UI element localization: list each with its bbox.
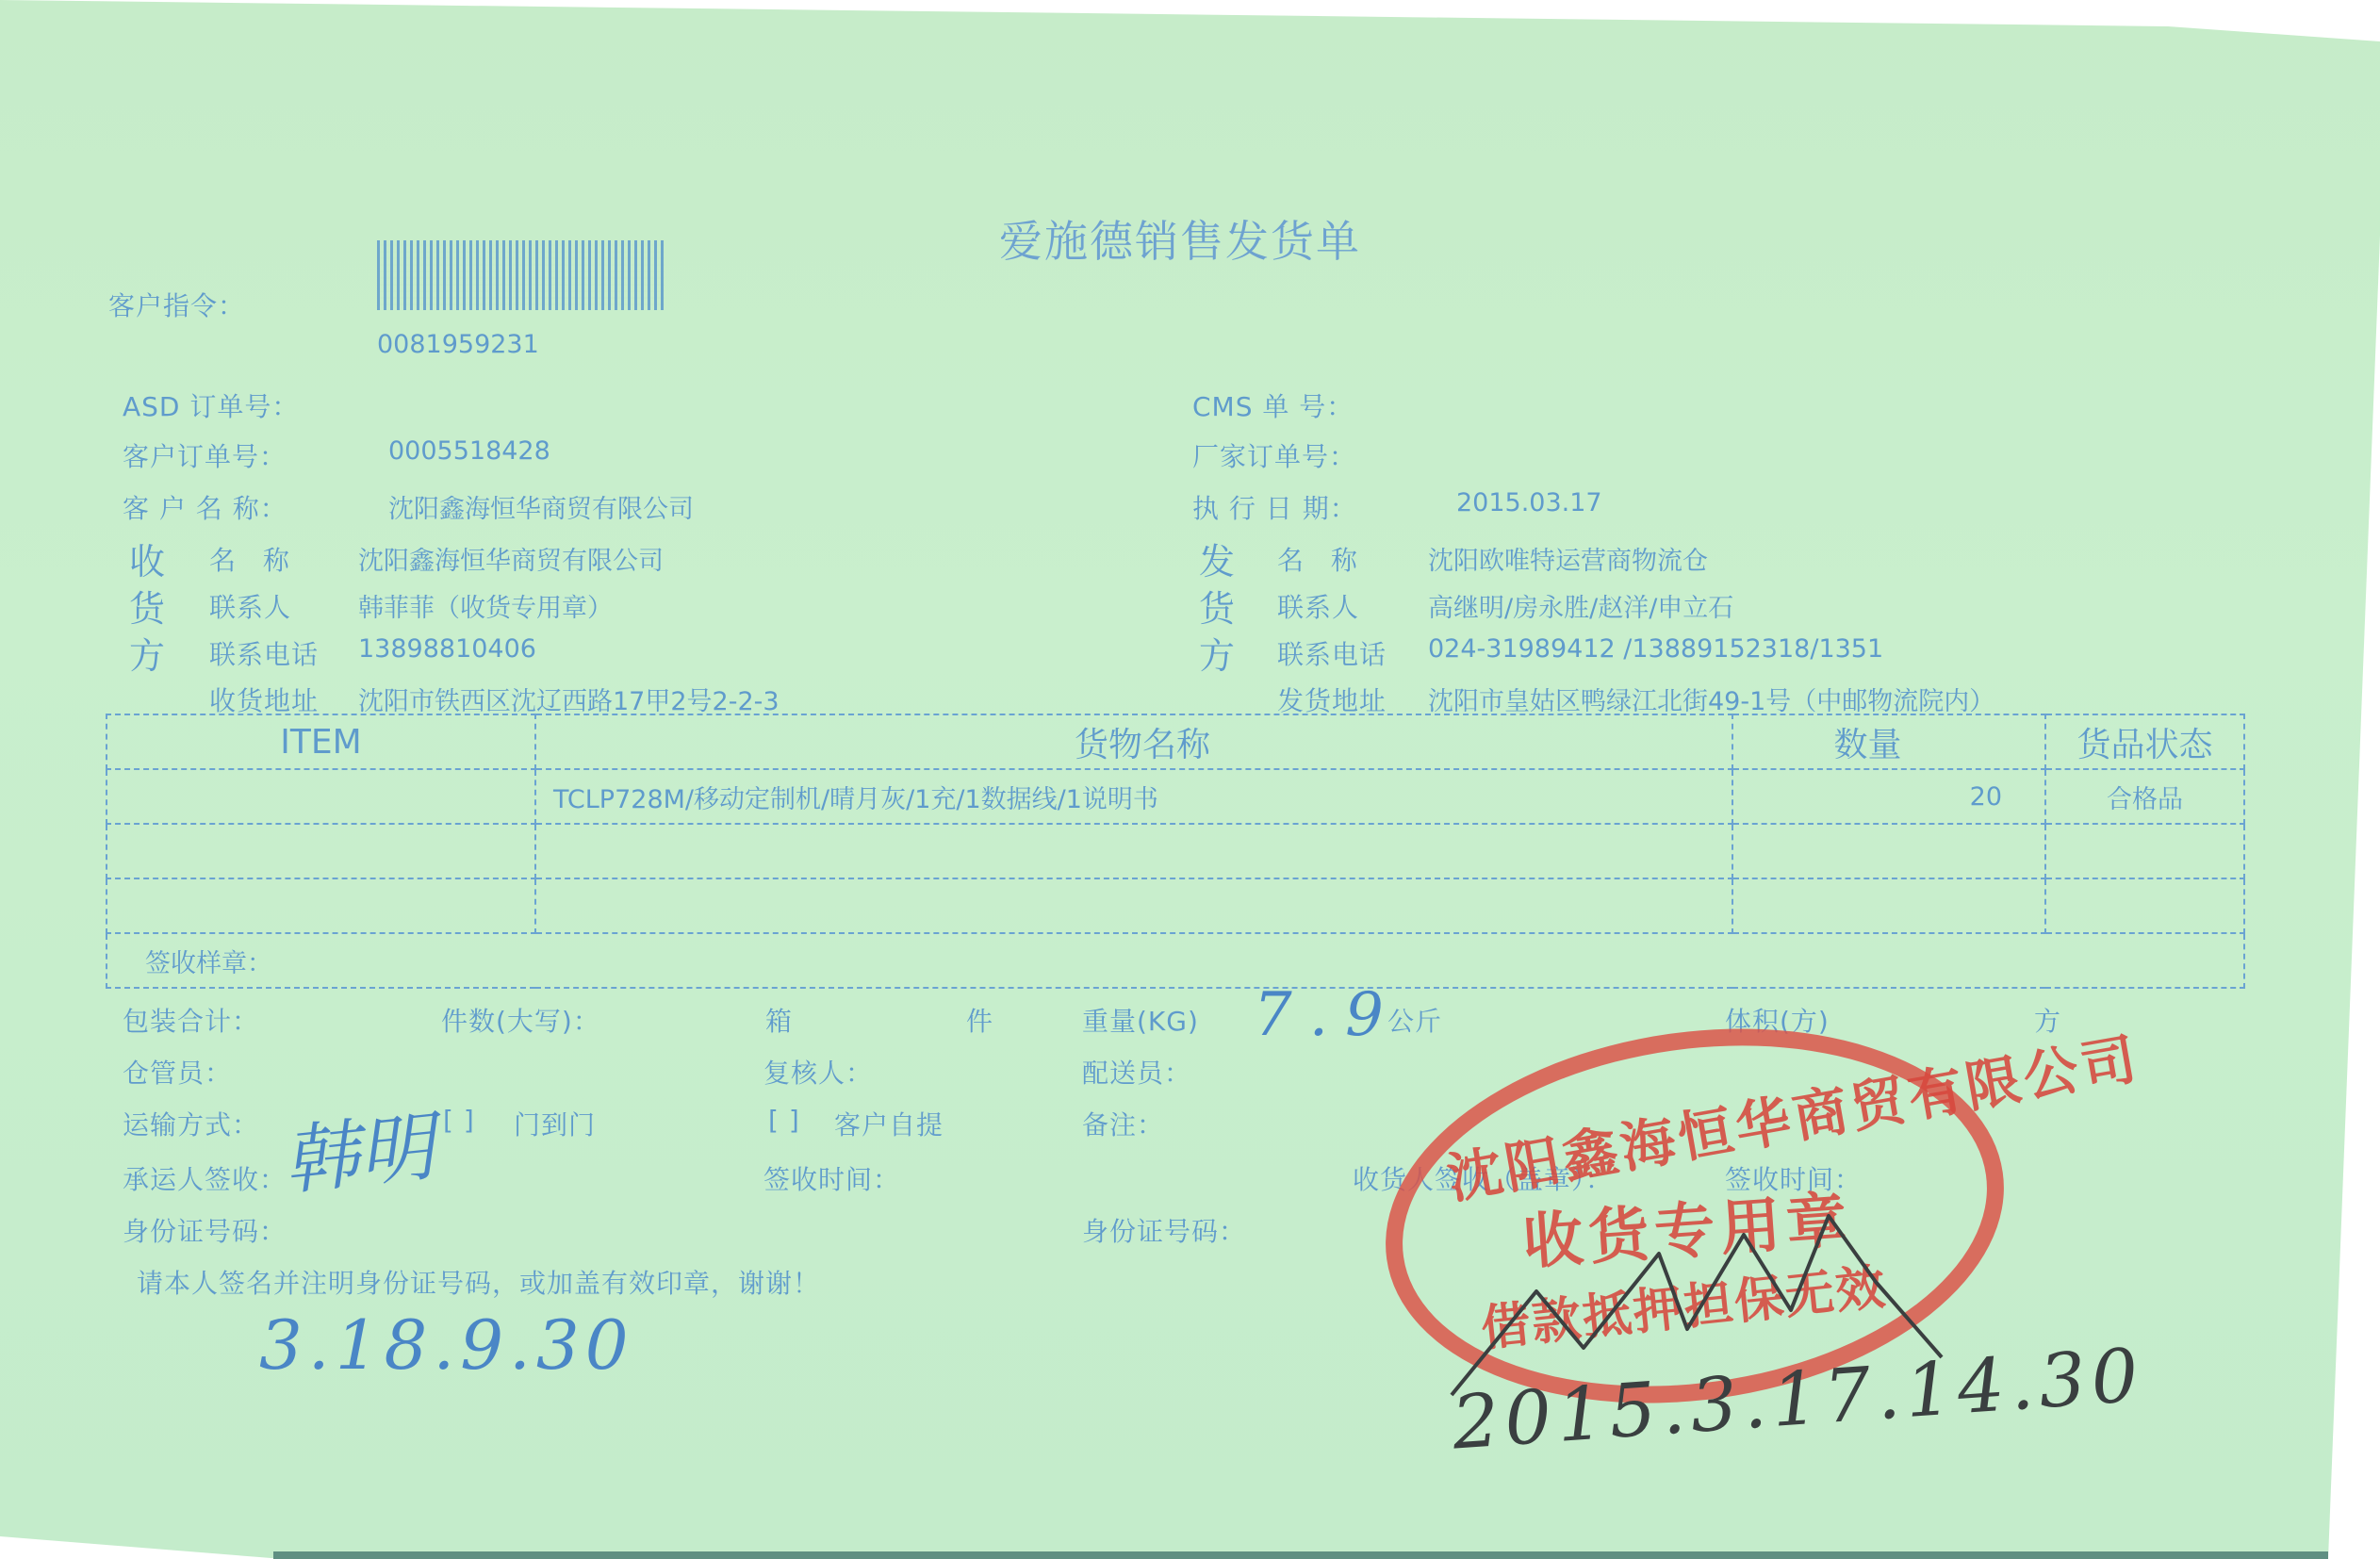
carrier-id-number-label: 身份证号码： — [123, 1211, 287, 1249]
execution-date-label: 执 行 日 期： — [1192, 488, 1357, 526]
shipper-contact-label: 联系人 — [1277, 587, 1359, 625]
execution-date-value: 2015.03.17 — [1456, 488, 1602, 517]
receiver-phone-value: 13898810406 — [358, 634, 536, 664]
self-pickup-checkbox[interactable]: [ ] — [768, 1105, 800, 1136]
receiver-address-value: 沈阳市铁西区沈辽西路17甲2号2-2-3 — [358, 681, 780, 717]
cell-item — [107, 824, 535, 878]
shipper-address-value: 沈阳市皇姑区鸭绿江北街49-1号（中邮物流院内） — [1428, 681, 1994, 717]
cell-item — [107, 769, 535, 824]
table-row — [107, 824, 2244, 878]
customer-order-value: 0005518428 — [388, 436, 550, 466]
receiver-side-label-3: 方 — [129, 627, 165, 679]
cell-goods-name: TCLP728M/移动定制机/晴月灰/1充/1数据线/1说明书 — [535, 769, 1732, 824]
cell-quantity: 20 — [1732, 769, 2045, 824]
cell-goods-status — [2045, 824, 2244, 878]
document-title: 爱施德销售发货单 — [999, 207, 1361, 270]
cell-item — [107, 878, 535, 933]
piece-unit-label: 件 — [966, 1001, 993, 1039]
shipper-side-label-1: 发 — [1199, 533, 1235, 584]
shipper-side-label-2: 货 — [1199, 580, 1235, 632]
receiver-side-label-2: 货 — [129, 580, 165, 632]
paper-edge — [273, 1551, 2328, 1559]
shipper-side-label-3: 方 — [1199, 627, 1235, 679]
sign-sample-row: 签收样章： — [107, 933, 2244, 988]
receiver-side-label-1: 收 — [129, 533, 165, 584]
signature-notice: 请本人签名并注明身份证号码，或加盖有效印章，谢谢！ — [137, 1263, 820, 1301]
sign-sample-label: 签收样章： — [107, 933, 2244, 988]
cms-number-label: CMS 单 号： — [1192, 386, 1354, 424]
customer-instruction-label: 客户指令： — [108, 286, 245, 323]
carrier-sign-label: 承运人签收： — [123, 1159, 287, 1197]
table-row — [107, 878, 2244, 933]
cell-quantity — [1732, 878, 2045, 933]
receiver-address-label: 收货地址 — [209, 681, 319, 718]
door-to-door-checkbox[interactable]: [ ] — [443, 1105, 475, 1136]
carrier-sign-time-label: 签收时间： — [763, 1159, 900, 1197]
table-row: TCLP728M/移动定制机/晴月灰/1充/1数据线/1说明书 20 合格品 — [107, 769, 2244, 824]
receiver-phone-label: 联系电话 — [209, 634, 319, 672]
transport-method-label: 运输方式： — [123, 1105, 259, 1142]
pieces-uppercase-label: 件数(大写)： — [441, 1001, 600, 1039]
handwritten-time-left: 3.18.9.30 — [259, 1305, 634, 1385]
self-pickup-label: 客户自提 — [834, 1105, 944, 1142]
shipper-name-label: 名 称 — [1277, 540, 1358, 578]
carrier-signature: 韩明 — [277, 1086, 438, 1209]
receiver-contact-value: 韩菲菲（收货专用章） — [358, 587, 613, 624]
barcode-number: 0081959231 — [377, 330, 539, 359]
cell-goods-status: 合格品 — [2045, 769, 2244, 824]
header-quantity: 数量 — [1732, 714, 2045, 769]
customer-name-label: 客 户 名 称： — [123, 488, 287, 526]
delivery-person-label: 配送员： — [1082, 1053, 1191, 1091]
factory-order-label: 厂家订单号： — [1192, 436, 1356, 474]
weight-label: 重量(KG) — [1082, 1001, 1199, 1039]
cell-goods-name — [535, 878, 1732, 933]
receiver-name-value: 沈阳鑫海恒华商贸有限公司 — [358, 540, 664, 577]
cell-quantity — [1732, 824, 2045, 878]
customer-order-label: 客户订单号： — [123, 436, 287, 474]
box-unit-label: 箱 — [765, 1001, 793, 1039]
asd-order-label: ASD 订单号： — [123, 386, 299, 424]
weight-value: 7.9 — [1254, 980, 1401, 1050]
header-item: ITEM — [107, 714, 535, 769]
cell-goods-status — [2045, 878, 2244, 933]
warehouse-clerk-label: 仓管员： — [123, 1053, 232, 1091]
shipper-phone-label: 联系电话 — [1277, 634, 1387, 672]
receiver-contact-label: 联系人 — [209, 587, 291, 625]
header-goods-name: 货物名称 — [535, 714, 1732, 769]
table-header-row: ITEM 货物名称 数量 货品状态 — [107, 714, 2244, 769]
door-to-door-label: 门到门 — [514, 1105, 596, 1142]
barcode-icon — [377, 240, 665, 310]
header-goods-status: 货品状态 — [2045, 714, 2244, 769]
package-total-label: 包装合计： — [123, 1001, 259, 1039]
shipper-address-label: 发货地址 — [1277, 681, 1387, 718]
goods-table: ITEM 货物名称 数量 货品状态 TCLP728M/移动定制机/晴月灰/1充/… — [106, 714, 2245, 989]
receiver-name-label: 名 称 — [209, 540, 290, 578]
weight-unit: 公斤 — [1387, 1001, 1442, 1039]
cell-goods-name — [535, 824, 1732, 878]
shipper-contact-value: 高继明/房永胜/赵洋/申立石 — [1428, 587, 1733, 624]
remarks-label: 备注： — [1082, 1105, 1164, 1142]
reviewer-label: 复核人： — [763, 1053, 873, 1091]
customer-name-value: 沈阳鑫海恒华商贸有限公司 — [388, 488, 694, 525]
shipper-phone-value: 024-31989412 /13889152318/1351 — [1428, 634, 1883, 664]
receiver-id-number-label: 身份证号码： — [1082, 1211, 1246, 1249]
shipper-name-value: 沈阳欧唯特运营商物流仓 — [1428, 540, 1708, 577]
